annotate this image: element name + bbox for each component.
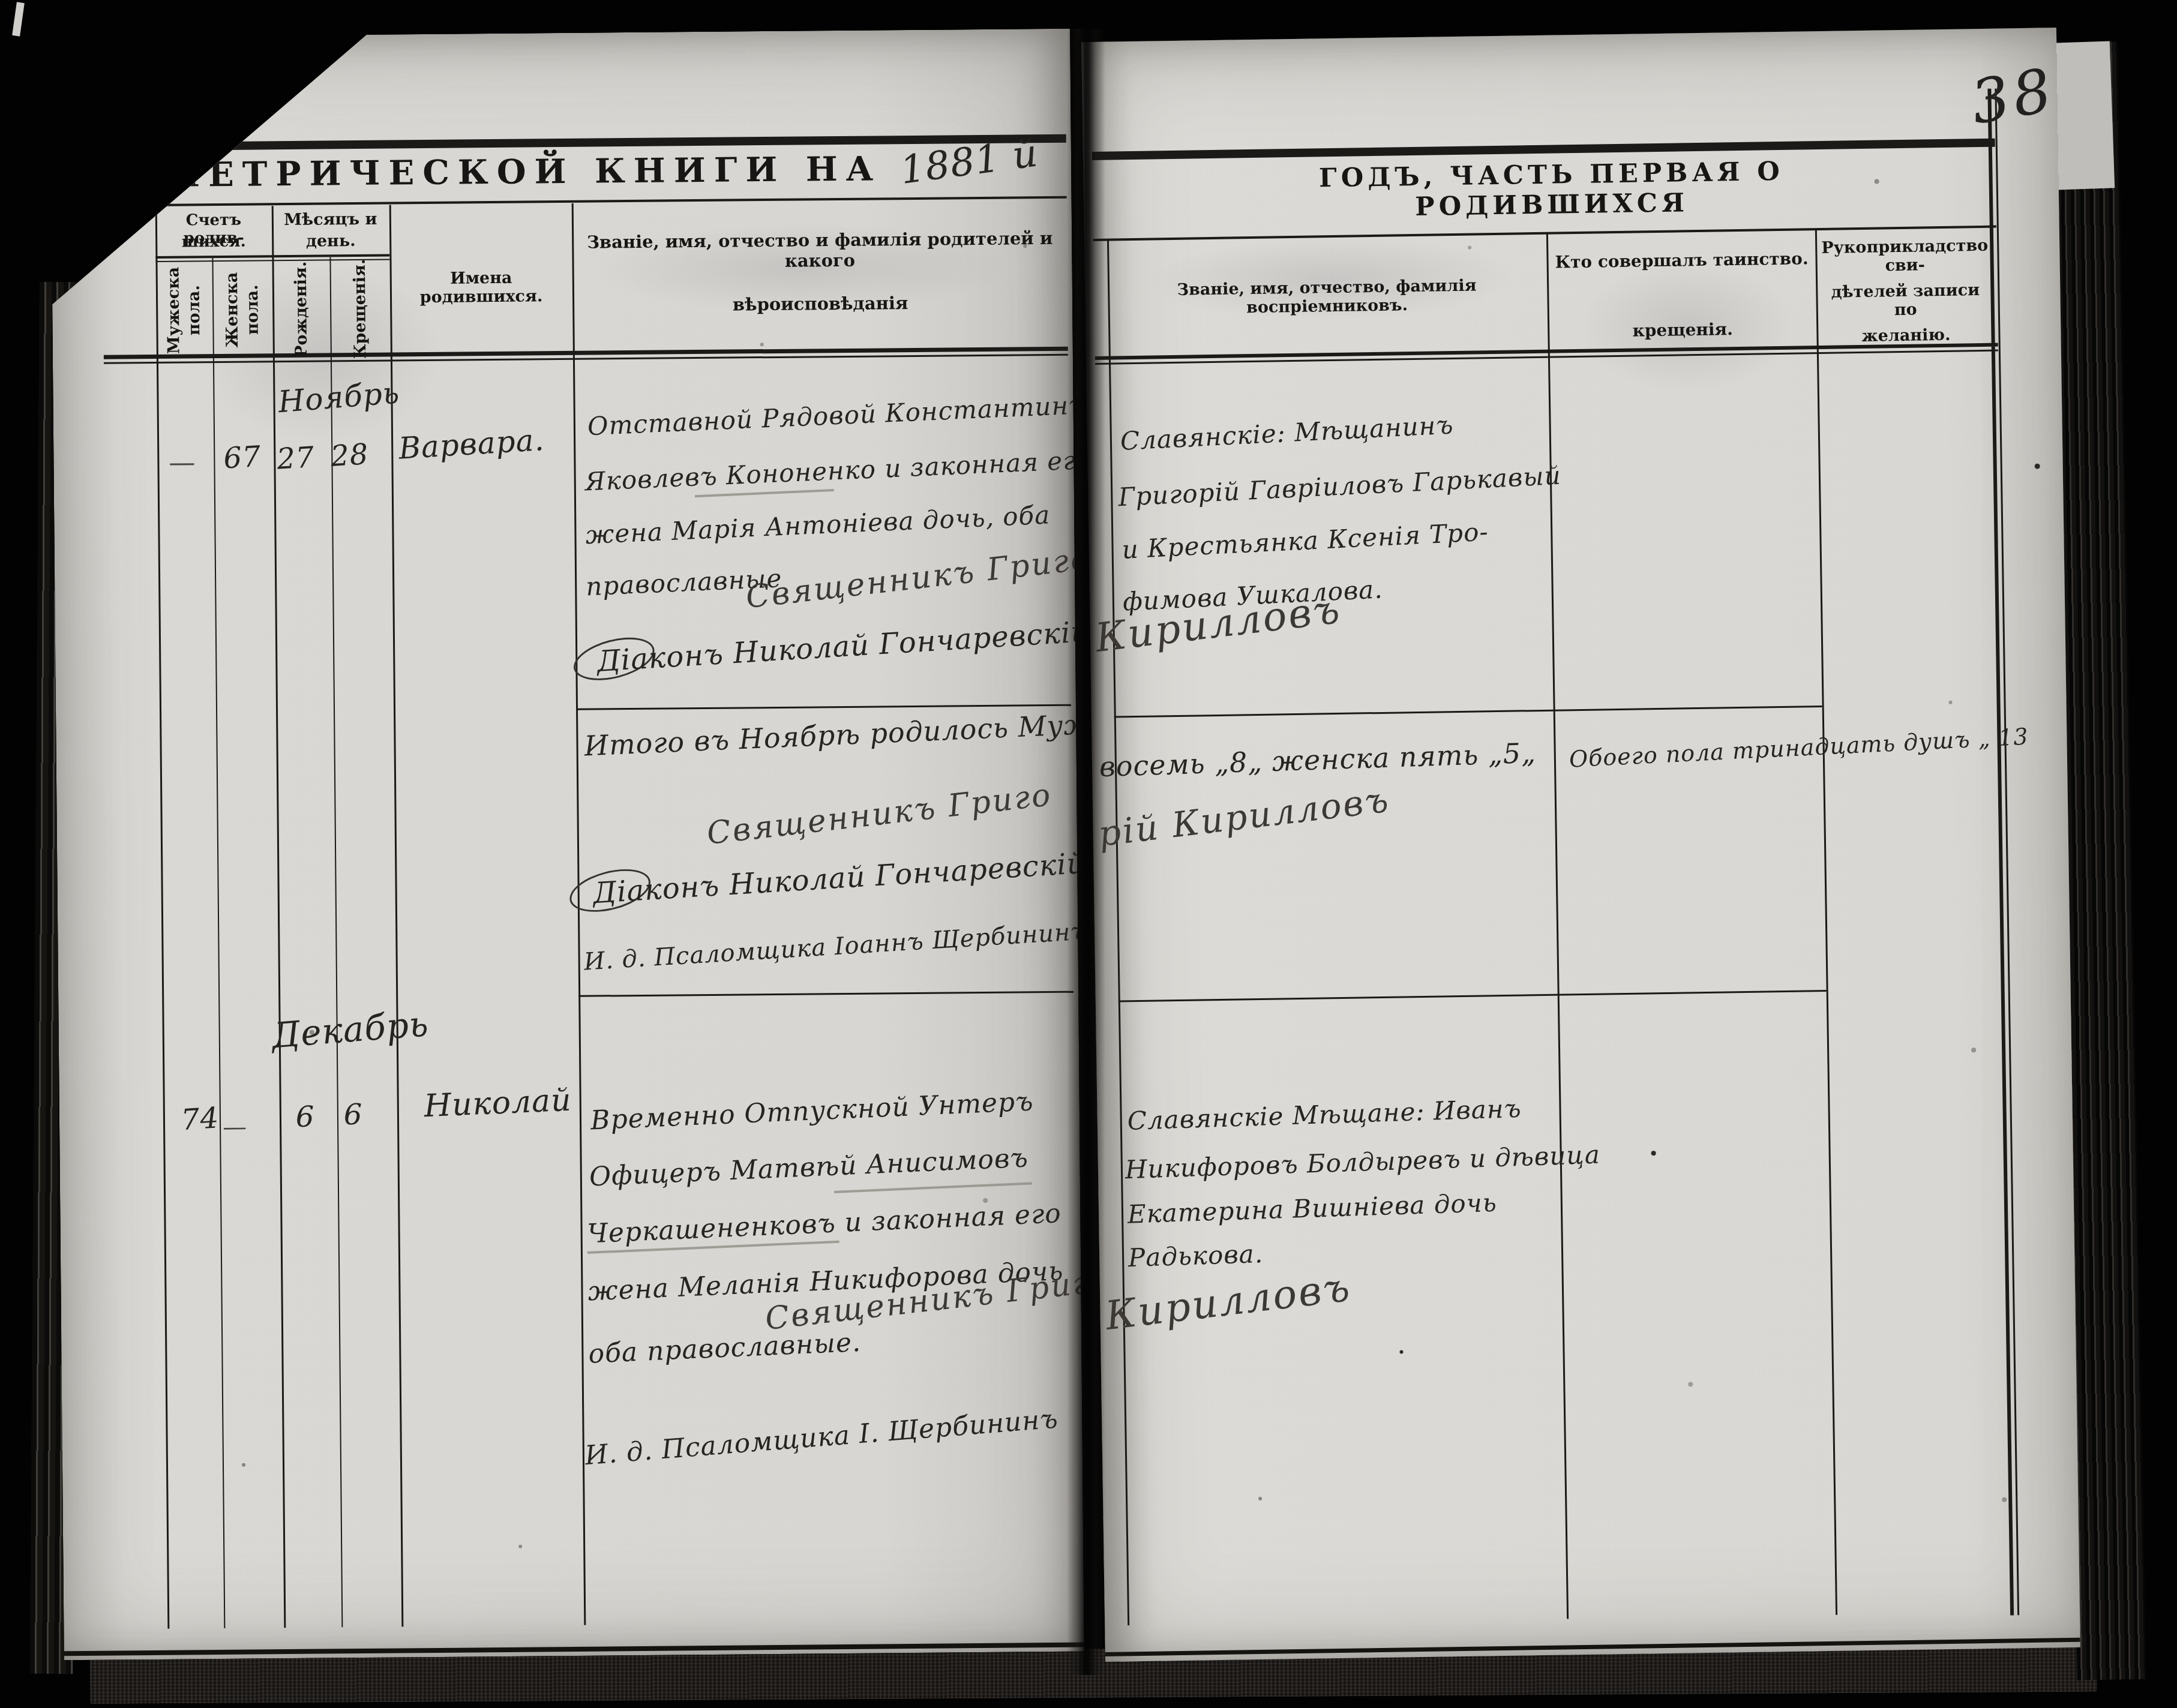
ink-dot — [1651, 1151, 1656, 1155]
header-birth-column: Рожденія. — [272, 262, 331, 357]
entry1-male-count: — — [169, 449, 196, 477]
female-label-word1: Женска — [222, 272, 243, 348]
entry1-birth-day: 27 — [276, 442, 316, 475]
summary-total-text: Обоего пола тринадцать душъ „ 13 — [1569, 725, 2029, 772]
entry1-name: Варвара. — [398, 424, 545, 464]
row-separator — [1119, 990, 1827, 1002]
header-witnesses-line1: Рукоприкладство сви- — [1818, 236, 1992, 276]
header-female-column: Женскапола. — [212, 262, 273, 358]
header-officiant-line2: крещенія. — [1551, 318, 1815, 342]
summary-psalmist-signature: И. д. Псаломщика Іоаннъ Щербининъ — [583, 918, 1084, 974]
entry1-parents-line2: Яковлевъ Кононенко и законная его — [584, 447, 1084, 496]
table-rule — [1815, 229, 1837, 1615]
table-rule — [155, 207, 170, 1629]
table-rule — [572, 203, 586, 1625]
paper-sliver-top-left — [12, 2, 25, 36]
entry2-officiant-signature: Кирилловъ — [1104, 1266, 1354, 1337]
header-officiant-line1: Кто совершалъ таинство. — [1549, 248, 1813, 272]
ink-dot — [1399, 1350, 1403, 1353]
entry1-godparents-line2: Григорій Гавріиловъ Гарькавый — [1117, 463, 1561, 511]
entry2-birth-day: 6 — [296, 1102, 315, 1133]
entry2-godparents-line2: Никифоровъ Болдыревъ и дѣвица — [1125, 1142, 1600, 1184]
right-page-title: ГОДЪ, ЧАСТЬ ПЕРВАЯ О РОДИВШИХСЯ — [1200, 155, 1903, 225]
entry1-female-count: 67 — [223, 442, 262, 474]
header-witnesses-line3: желанію. — [1819, 325, 1993, 346]
entry2-parents-line2: Офицеръ Матвѣй Анисимовъ — [589, 1145, 1029, 1191]
header-male-column: Мужескапола. — [156, 263, 213, 358]
ink-dot — [2035, 464, 2040, 469]
entry2-male-count: 74 — [180, 1103, 220, 1135]
summary-left-text: Итого въ Ноябрѣ родилось Мужеска — [584, 707, 1084, 761]
entry2-female-count: — — [223, 1115, 247, 1140]
foxing-specks — [50, 37, 52, 40]
entry1-deacon-signature: Діаконъ Николай Гончаревскій — [596, 617, 1084, 677]
header-godparents-column: Званіе, имя, отчество, фамилія воспріемн… — [1109, 275, 1545, 319]
header-witnesses-line2: дѣтелей записи по — [1818, 281, 1993, 320]
summary-deacon-signature: Діаконъ Николай Гончаревскій — [592, 848, 1084, 909]
underlying-page-corner — [2053, 41, 2115, 190]
pencil-underline-patronym — [834, 1182, 1032, 1193]
header-names-column: Имена родившихся. — [390, 268, 573, 307]
entry2-parents-line5: оба православные. — [588, 1329, 862, 1368]
entry2-godparents-line4: Радькова. — [1128, 1241, 1263, 1271]
entry1-parents-line3: жена Марія Антоніева дочь, оба — [585, 502, 1051, 548]
entry2-name: Николай — [424, 1084, 572, 1123]
entry1-baptism-day: 28 — [330, 439, 370, 472]
row-separator — [576, 704, 1071, 710]
birth-label: Рожденія. — [291, 262, 312, 358]
left-page-title: МЕТРИЧЕСКОЙ КНИГИ НА — [141, 149, 904, 195]
male-label-word1: Мужеска — [164, 267, 185, 354]
right-page: ГОДЪ, ЧАСТЬ ПЕРВАЯ О РОДИВШИХСЯ Званіе, … — [1081, 28, 2080, 1662]
entry1-godparents-line3: и Крестьянка Ксенія Тро- — [1122, 519, 1489, 563]
entry2-psalmist-signature: И. д. Псаломщика І. Щербининъ — [584, 1405, 1059, 1470]
row-separator — [1114, 706, 1822, 718]
entry1-priest-signature: Священникъ Григорій — [744, 536, 1084, 614]
entry2-godparents-line3: Екатерина Вишніева дочь — [1127, 1190, 1497, 1228]
header-parents-line1: Званіе, имя, отчество и фамилія родителе… — [580, 228, 1060, 273]
header-month-group-line1: Мѣсяцъ и — [272, 210, 389, 230]
summary-priest-signature-left: Священникъ Григо — [705, 779, 1054, 851]
male-label-word2: пола. — [184, 285, 205, 335]
female-label-word2: пола. — [242, 285, 263, 335]
header-month-group-line2: день. — [272, 232, 389, 251]
metrical-book-scan: МЕТРИЧЕСКОЙ КНИГИ НА 1881 й Счетъ родив-… — [0, 0, 2177, 1708]
header-parents-line2: вѣроисповѣданія — [580, 292, 1060, 316]
entry2-parents-line1: Временно Отпускной Унтеръ — [590, 1088, 1034, 1134]
baptism-label: Крещенія. — [350, 259, 371, 359]
summary-priest-signature-right: рій Кирилловъ — [1096, 781, 1392, 853]
entry1-parents-line1: Отставной Рядовой Константинъ — [587, 392, 1084, 440]
table-rule — [1546, 233, 1569, 1619]
book-gutter — [1067, 29, 1105, 1675]
summary-right-text: восемь „8„ женска пять „5„ — [1099, 739, 1536, 782]
header-count-group-line2: шихся. — [155, 232, 272, 251]
row-separator — [578, 991, 1073, 997]
title-bottom-rule — [103, 196, 1067, 207]
left-page: МЕТРИЧЕСКОЙ КНИГИ НА 1881 й Счетъ родив-… — [50, 29, 1084, 1661]
entry2-month: Декабрь — [271, 1005, 430, 1054]
header-baptism-column: Крещенія. — [330, 262, 391, 357]
entry2-godparents-line1: Славянскіе Мѣщане: Иванъ — [1127, 1095, 1522, 1134]
page-number: 38 — [1966, 58, 2059, 135]
entry2-baptism-day: 6 — [344, 1100, 363, 1130]
entry1-godparents-line1: Славянскіе: Мѣщанинъ — [1120, 412, 1454, 455]
